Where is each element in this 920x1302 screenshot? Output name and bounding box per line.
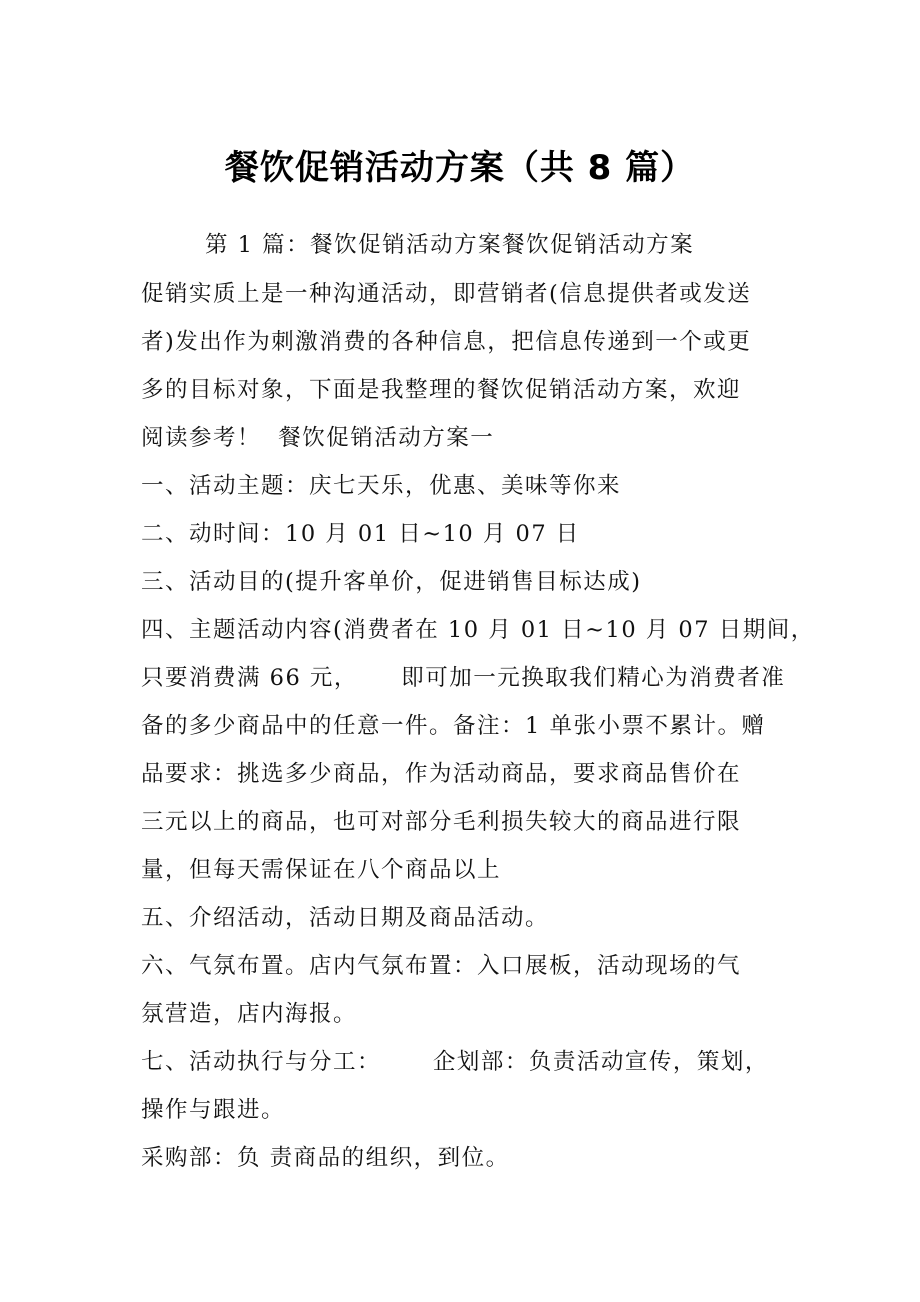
- body-line: 氛营造，店内海报。: [141, 999, 357, 1029]
- body-line: 阅读参考！ 餐饮促销活动方案一: [141, 423, 494, 453]
- body-line: 品要求：挑选多少商品，作为活动商品，要求商品售价在: [141, 759, 741, 789]
- body-line: 量，但每天需保证在八个商品以上: [141, 855, 501, 885]
- body-line: 六、气氛布置。店内气氛布置：入口展板，活动现场的气: [141, 951, 741, 981]
- body-line: 只要消费满 66 元， 即可加一元换取我们精心为消费者准: [141, 663, 785, 693]
- document-page: 餐饮促销活动方案（共 8 篇） 第 1 篇：餐饮促销活动方案餐饮促销活动方案 促…: [0, 0, 920, 1302]
- body-line: 七、活动执行与分工： 企划部：负责活动宣传，策划，: [141, 1047, 769, 1077]
- body-line: 四、主题活动内容(消费者在 10 月 01 日~10 月 07 日期间，: [141, 615, 815, 645]
- body-line: 五、介绍活动，活动日期及商品活动。: [141, 903, 549, 933]
- body-line: 操作与跟进。: [141, 1095, 285, 1125]
- body-line: 一、活动主题：庆七天乐，优惠、美味等你来: [141, 471, 621, 501]
- body-line: 三元以上的商品，也可对部分毛利损失较大的商品进行限: [141, 807, 741, 837]
- body-line: 二、动时间：10 月 01 日~10 月 07 日: [141, 519, 580, 549]
- body-line: 采购部：负 责商品的组织，到位。: [141, 1143, 510, 1173]
- body-line: 促销实质上是一种沟通活动，即营销者(信息提供者或发送: [141, 279, 751, 309]
- document-title: 餐饮促销活动方案（共 8 篇）: [0, 146, 920, 190]
- body-line: 多的目标对象，下面是我整理的餐饮促销活动方案，欢迎: [141, 375, 741, 405]
- body-line: 备的多少商品中的任意一件。备注：1 单张小票不累计。赠: [141, 711, 765, 741]
- body-line: 三、活动目的(提升客单价，促进销售目标达成): [141, 567, 642, 597]
- body-line: 者)发出作为刺激消费的各种信息，把信息传递到一个或更: [141, 327, 751, 357]
- section-subtitle: 第 1 篇：餐饮促销活动方案餐饮促销活动方案: [205, 230, 694, 260]
